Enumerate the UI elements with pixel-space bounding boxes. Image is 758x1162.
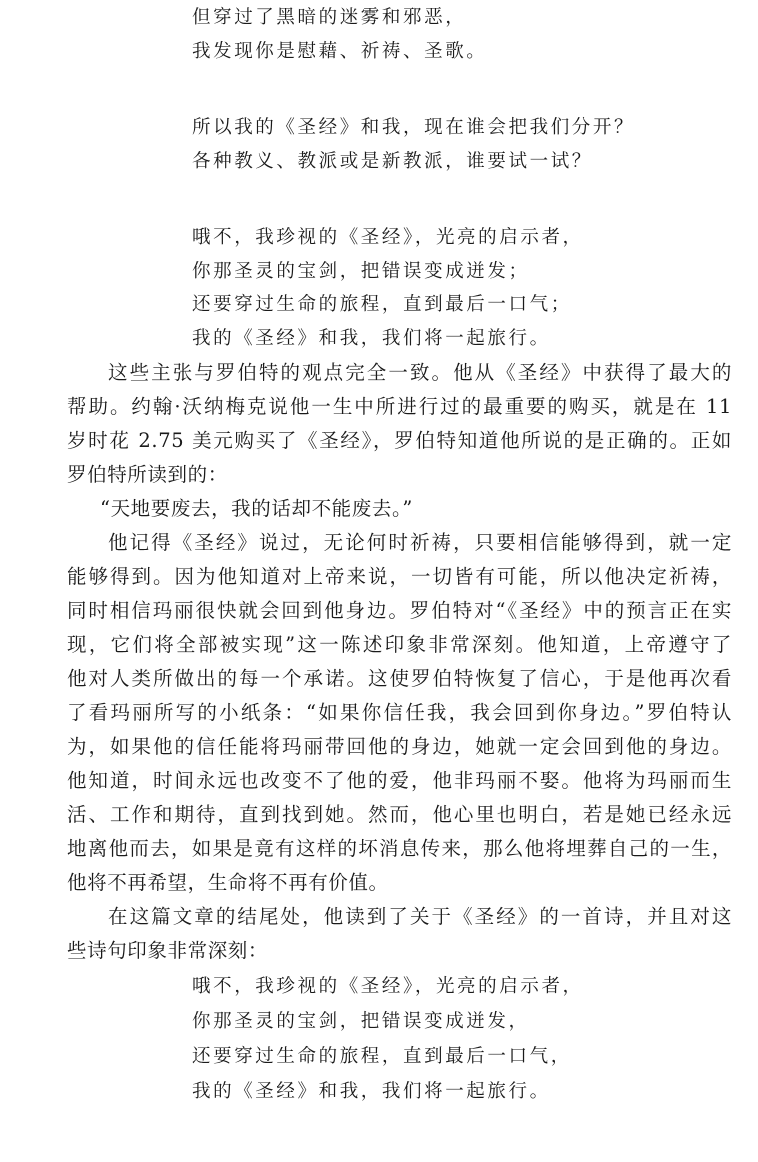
- paragraph-line: 些诗句印象非常深刻：: [67, 934, 732, 968]
- poem-line: 你那圣灵的宝剑，把错误变成迸发；: [192, 255, 530, 289]
- paragraph-line: 他将不再希望，生命将不再有价值。: [67, 866, 732, 900]
- paragraph-line: 同时相信玛丽很快就会回到他身边。罗伯特对“《圣经》中的预言正在实: [67, 594, 732, 628]
- poem-line: 哦不，我珍视的《圣经》，光亮的启示者，: [192, 970, 584, 1004]
- paragraph-line: 能够得到。因为他知道对上帝来说，一切皆有可能，所以他决定祈祷，: [67, 560, 732, 594]
- poem-line: 哦不，我珍视的《圣经》，光亮的启示者，: [192, 221, 584, 255]
- poem-line: 所以我的《圣经》和我，现在谁会把我们分开？: [192, 111, 635, 145]
- poem-line: 还要穿过生命的旅程，直到最后一口气；: [192, 288, 572, 322]
- paragraph-line: 了看玛丽所写的小纸条：“如果你信任我，我会回到你身边。”罗伯特认: [67, 696, 732, 730]
- paragraph-line: 他对人类所做出的每一个承诺。这使罗伯特恢复了信心，于是他再次看: [67, 662, 732, 696]
- poem-line: 我的《圣经》和我，我们将一起旅行。: [192, 322, 551, 356]
- paragraph-line: 他记得《圣经》说过，无论何时祈祷，只要相信能够得到，就一定: [108, 526, 732, 560]
- paragraph-line: 为，如果他的信任能将玛丽带回他的身边，她就一定会回到他的身边。: [67, 730, 732, 764]
- poem-line: 但穿过了黑暗的迷雾和邪恶，: [192, 1, 466, 35]
- poem-line: 你那圣灵的宝剑，把错误变成迸发，: [192, 1005, 530, 1039]
- paragraph-line: 活、工作和期待，直到找到她。然而，他心里也明白，若是她已经永远: [67, 798, 732, 832]
- quote-line: “天地要废去，我的话却不能废去。”: [100, 492, 724, 526]
- poem-line: 我发现你是慰藉、祈祷、圣歌。: [192, 35, 487, 69]
- paragraph-line: 地离他而去，如果是竟有这样的坏消息传来，那么他将埋葬自己的一生，: [67, 832, 732, 866]
- paragraph-line: 现，它们将全部被实现”这一陈述印象非常深刻。他知道，上帝遵守了: [67, 628, 732, 662]
- paragraph-line: 在这篇文章的结尾处，他读到了关于《圣经》的一首诗，并且对这: [108, 900, 732, 934]
- paragraph-line: 帮助。约翰·沃纳梅克说他一生中所进行过的最重要的购买，就是在 11: [67, 390, 732, 424]
- paragraph-line: 罗伯特所读到的：: [67, 458, 732, 492]
- poem-line: 各种教义、教派或是新教派，谁要试一试？: [192, 145, 593, 179]
- poem-line: 我的《圣经》和我，我们将一起旅行。: [192, 1075, 551, 1109]
- paragraph-line: 岁时花 2.75 美元购买了《圣经》，罗伯特知道他所说的是正确的。正如: [67, 424, 732, 458]
- poem-line: 还要穿过生命的旅程，直到最后一口气，: [192, 1040, 572, 1074]
- paragraph-line: 这些主张与罗伯特的观点完全一致。他从《圣经》中获得了最大的: [108, 356, 732, 390]
- book-page: 但穿过了黑暗的迷雾和邪恶， 我发现你是慰藉、祈祷、圣歌。 所以我的《圣经》和我，…: [0, 0, 758, 1162]
- paragraph-line: 他知道，时间永远也改变不了他的爱，他非玛丽不娶。他将为玛丽而生: [67, 764, 732, 798]
